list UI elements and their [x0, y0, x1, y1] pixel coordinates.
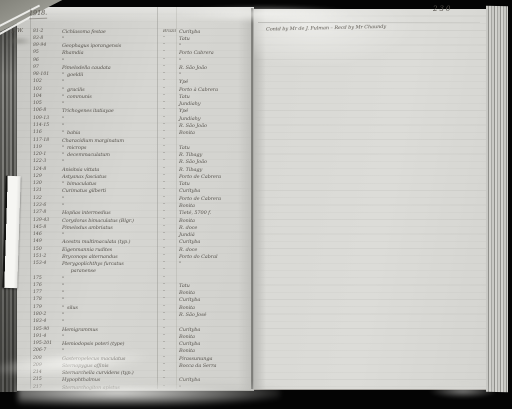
country-ditto: " — [163, 225, 177, 230]
register-number: 191-4 — [33, 334, 61, 339]
locality: R. Tibagy — [179, 167, 253, 173]
register-row: 139-43Corydoras bimaculatus (Blgr.)"Boni… — [16, 218, 254, 225]
species-name: " gracilis — [62, 87, 162, 93]
locality: Bonita — [179, 334, 253, 340]
locality: Tatu — [179, 283, 253, 289]
register-number: 106-8 — [33, 108, 61, 113]
country-ditto: " — [163, 305, 177, 310]
register-row: 146""Jundiá — [16, 232, 254, 239]
country-ditto: " — [163, 123, 177, 128]
country-ditto: " — [163, 239, 177, 244]
country-ditto: " — [163, 348, 177, 353]
country-ditto: " — [163, 116, 177, 121]
country-ditto: " — [163, 174, 177, 179]
register-number: 175 — [33, 276, 61, 281]
register-number: 178 — [33, 297, 61, 302]
register-row: 191-4""Bonita — [16, 334, 254, 341]
country-ditto: " — [163, 65, 177, 70]
species-name: " — [62, 36, 162, 42]
register-row: 120-1" decemmaculatum"R. Tibagy — [16, 152, 254, 159]
register-row: 151-2Bryconops alternandus"Porto do Cabr… — [16, 254, 254, 261]
register-number: 131 — [33, 188, 61, 193]
species-name: " — [62, 297, 162, 303]
page-edge-stack — [486, 6, 508, 392]
register-number: 98-101 — [33, 72, 61, 77]
register-row: 104" communis"Tatu — [16, 94, 254, 101]
species-name: " — [62, 58, 162, 64]
register-row: 176""Tatu — [16, 283, 254, 290]
locality: R. Tibagy — [179, 152, 253, 158]
country-ditto: " — [163, 370, 177, 375]
locality: Ypé — [179, 79, 253, 85]
species-name: " — [62, 123, 162, 129]
country-ditto: " — [163, 356, 177, 361]
register-number: 95 — [33, 50, 61, 55]
register-number: 139-43 — [33, 218, 61, 223]
register-number: 114-15 — [33, 123, 61, 128]
species-name: " silus — [62, 305, 162, 311]
species-name: Pimelodella caudata — [62, 65, 162, 71]
register-rows: 81-2Cichlasoma festaeBrazilCurityba83-8"… — [16, 7, 254, 390]
register-number: 89-94 — [33, 43, 61, 48]
species-name: Astyanax fasciatus — [62, 174, 162, 180]
register-number: 180-2 — [33, 312, 61, 317]
country-ditto: " — [163, 58, 177, 63]
register-number: 179 — [33, 305, 61, 310]
register-row: 150Eigenmannia rudites"R. doce — [16, 247, 254, 254]
country-ditto: " — [163, 138, 177, 143]
register-row: 180-2""R. São José — [16, 312, 254, 319]
register-number: 120-1 — [33, 152, 61, 157]
locality: Tatu — [179, 145, 253, 151]
locality: Curityba — [179, 239, 253, 245]
register-row: 130" bimaculatus"Tatu — [16, 181, 254, 188]
country-ditto: " — [163, 319, 177, 324]
register-row: 133-6""Bonita — [16, 203, 254, 210]
species-name: " — [62, 196, 162, 202]
locality: Curityba — [179, 29, 253, 35]
register-row: 97Pimelodella caudata"R. São João — [16, 65, 254, 72]
country-ditto: " — [163, 247, 177, 252]
register-number: 103 — [33, 87, 61, 92]
species-name: " — [62, 232, 162, 238]
glare-highlight — [180, 6, 350, 22]
species-name: Characidium marginatum — [62, 138, 162, 144]
register-row: 83-8""Tatu — [16, 36, 254, 43]
species-name: Cichlasoma festae — [62, 29, 162, 35]
locality: Tatu — [179, 181, 253, 187]
country-ditto: " — [163, 290, 177, 295]
locality: Pirassununga — [179, 356, 253, 362]
country-ditto: " — [163, 188, 177, 193]
locality: Porto Cabrera — [179, 50, 253, 56]
register-number: 145-8 — [33, 225, 61, 230]
country-ditto: " — [163, 196, 177, 201]
locality: R. doce — [179, 225, 253, 231]
species-name: " — [62, 203, 162, 209]
register-number: 133-6 — [33, 203, 61, 208]
species-name: " — [62, 290, 162, 296]
locality: Curityba — [179, 188, 253, 194]
locality: Tatu — [179, 94, 253, 100]
locality: Bonita — [179, 218, 253, 224]
locality: " — [179, 261, 253, 267]
register-row: 185-90Hemigrammus"Curityba — [16, 327, 254, 334]
species-name: Hoplias intermedius — [62, 210, 162, 216]
register-row: 95Rhamdia"Porto Cabrera — [16, 50, 254, 57]
country-ditto: " — [163, 101, 177, 106]
register-number: 130 — [33, 181, 61, 186]
locality: Ypé — [179, 108, 253, 114]
register-row: 124-8Anisitsia vittata"R. Tibagy — [16, 167, 254, 174]
country-ditto: " — [163, 218, 177, 223]
register-number: 119 — [33, 145, 61, 150]
country-ditto: " — [163, 268, 177, 273]
species-name: Trichogenes itatiayae — [62, 108, 162, 114]
register-row: 106-8Trichogenes itatiayae"Ypé — [16, 108, 254, 115]
species-name: " — [62, 319, 162, 325]
country-ditto: " — [163, 130, 177, 135]
register-number: 153-4 — [33, 261, 61, 266]
register-number: 116 — [33, 130, 61, 135]
register-number: 183-4 — [33, 319, 61, 324]
country-ditto: Brazil — [163, 29, 177, 34]
blurred-page-bottom — [18, 382, 280, 406]
locality: Bonita — [179, 305, 253, 311]
country-ditto: " — [163, 43, 177, 48]
register-number: 102 — [33, 79, 61, 84]
locality: Porto de Cabrera — [179, 196, 253, 202]
right-page — [254, 9, 487, 390]
register-row: 81-2Cichlasoma festaeBrazilCurityba — [16, 29, 254, 36]
register-number: 122-3 — [33, 159, 61, 164]
register-row: 116" bahia"Bonita — [16, 130, 254, 137]
locality: " — [179, 72, 253, 78]
register-number: 132 — [33, 196, 61, 201]
locality: Curityba — [179, 297, 253, 303]
locality: Porto de Cabrera — [179, 174, 253, 180]
species-name: Geophagus iporangensis — [62, 43, 162, 49]
locality: Porto à Cabrera — [179, 87, 253, 93]
country-ditto: " — [163, 261, 177, 266]
locality: Jundiahy — [179, 101, 253, 107]
country-ditto: " — [163, 79, 177, 84]
locality: Bonita — [179, 290, 253, 296]
country-ditto: " — [163, 152, 177, 157]
locality: R. São João — [179, 123, 253, 129]
register-row: 149Acestra multimaculata (typ.)"Curityba — [16, 239, 254, 246]
register-row: 102""Ypé — [16, 79, 254, 86]
ledger-photo: 1918. 230 Contd by Mr de J. Fulman – Rec… — [0, 0, 512, 409]
species-name: " — [62, 283, 162, 289]
country-ditto: " — [163, 94, 177, 99]
register-row: 177""Bonita — [16, 290, 254, 297]
locality: Tieté, 5700 f. — [179, 210, 253, 216]
species-name: " — [62, 116, 162, 122]
register-row: 132""Porto de Cabrera — [16, 196, 254, 203]
country-ditto: " — [163, 210, 177, 215]
register-row: 103" gracilis"Porto à Cabrera — [16, 87, 254, 94]
country-ditto: " — [163, 145, 177, 150]
register-number: 185-90 — [33, 327, 61, 332]
species-name: " microps — [62, 145, 162, 151]
locality: Jundiahy — [179, 116, 253, 122]
locality: R. São João — [179, 65, 253, 71]
species-name: " decemmaculatum — [62, 152, 162, 158]
species-name: " — [62, 276, 162, 282]
register-number: 129 — [33, 174, 61, 179]
species-name: " — [62, 101, 162, 107]
register-number: 151-2 — [33, 254, 61, 259]
country-ditto: " — [163, 181, 177, 186]
locality: " — [179, 58, 253, 64]
country-ditto: " — [163, 283, 177, 288]
register-number: 176 — [33, 283, 61, 288]
locality: R. São João — [179, 159, 253, 165]
register-number: 97 — [33, 65, 61, 70]
register-row: 183-4"" — [16, 319, 254, 326]
country-ditto: " — [163, 276, 177, 281]
register-row: 105""Jundiahy — [16, 101, 254, 108]
species-name: Hemigrammus — [62, 327, 162, 333]
species-name: Acestra multimaculata (typ.) — [62, 239, 162, 245]
country-ditto: " — [163, 108, 177, 113]
register-row: 179" silus"Bonita — [16, 305, 254, 312]
country-ditto: " — [163, 203, 177, 208]
country-ditto: " — [163, 334, 177, 339]
species-name: " — [62, 159, 162, 165]
register-number: 177 — [33, 290, 61, 295]
locality: Curityba — [179, 327, 253, 333]
locality: Bonita — [179, 203, 253, 209]
species-name: Bryconops alternandus — [62, 254, 162, 260]
locality: Porto do Cabral — [179, 254, 253, 260]
register-number: 81-2 — [33, 29, 61, 34]
register-number: 146 — [33, 232, 61, 237]
register-number: 124-8 — [33, 167, 61, 172]
register-row: 145-8Pimelodus ambriatus"R. doce — [16, 225, 254, 232]
register-number: 149 — [33, 239, 61, 244]
register-row: 131Curimatus gilberti"Curityba — [16, 188, 254, 195]
species-name: paranense — [62, 268, 162, 274]
register-row: 98-101" goeldii"" — [16, 72, 254, 79]
country-ditto: " — [163, 36, 177, 41]
register-row: 117-18Characidium marginatum" — [16, 138, 254, 145]
species-name: Pterygoplichthys furcatus — [62, 261, 162, 267]
register-number: 150 — [33, 247, 61, 252]
register-row: 153-4Pterygoplichthys furcatus"" — [16, 261, 254, 268]
species-name: " — [62, 79, 162, 85]
locality: Bonita — [179, 348, 253, 354]
locality: R. São José — [179, 312, 253, 318]
register-row: 122-3""R. São João — [16, 159, 254, 166]
species-name: Eigenmannia rudites — [62, 247, 162, 253]
species-name: " goeldii — [62, 72, 162, 78]
country-ditto: " — [163, 50, 177, 55]
register-row: 89-94Geophagus iporangensis"" — [16, 43, 254, 50]
register-number: 83-8 — [33, 36, 61, 41]
register-row: 137-8Hoplias intermedius"Tieté, 5700 f. — [16, 210, 254, 217]
register-number: 137-8 — [33, 210, 61, 215]
country-ditto: " — [163, 167, 177, 172]
species-name: " — [62, 312, 162, 318]
country-ditto: " — [163, 341, 177, 346]
country-ditto: " — [163, 312, 177, 317]
species-name: Anisitsia vittata — [62, 167, 162, 173]
locality: Jundiá — [179, 232, 253, 238]
country-ditto: " — [163, 297, 177, 302]
register-number: 109-13 — [33, 116, 61, 121]
register-row: 178""Curityba — [16, 297, 254, 304]
country-ditto: " — [163, 327, 177, 332]
register-row: paranense" — [16, 268, 254, 275]
locality: Tatu — [179, 36, 253, 42]
locality: Bocca da Serra — [179, 363, 253, 369]
locality: Bonita — [179, 130, 253, 136]
country-ditto: " — [163, 232, 177, 237]
country-ditto: " — [163, 254, 177, 259]
register-number: 195-201 — [33, 341, 61, 346]
register-number: 104 — [33, 94, 61, 99]
page-number: 230 — [433, 5, 452, 13]
register-number: 96 — [33, 58, 61, 63]
register-row: 96""" — [16, 58, 254, 65]
species-name: Pimelodus ambriatus — [62, 225, 162, 231]
country-ditto: " — [163, 72, 177, 77]
species-name: " bahia — [62, 130, 162, 136]
country-ditto: " — [163, 159, 177, 164]
register-row: 119" microps"Tatu — [16, 145, 254, 152]
locality: R. doce — [179, 247, 253, 253]
locality: Curityba — [179, 341, 253, 347]
register-row: 114-15""R. São João — [16, 123, 254, 130]
register-row: 129Astyanax fasciatus"Porto de Cabrera — [16, 174, 254, 181]
species-name: Rhamdia — [62, 50, 162, 56]
species-name: Corydoras bimaculatus (Blgr.) — [62, 218, 162, 224]
species-name: " — [62, 334, 162, 340]
register-number: 117-18 — [33, 138, 61, 143]
locality: " — [179, 43, 253, 49]
species-name: " communis — [62, 94, 162, 100]
species-name: Curimatus gilberti — [62, 188, 162, 194]
species-name: " bimaculatus — [62, 181, 162, 187]
register-row: 175"" — [16, 276, 254, 283]
country-ditto: " — [163, 363, 177, 368]
country-ditto: " — [163, 87, 177, 92]
register-number: 105 — [33, 101, 61, 106]
blurred-page-bottom — [428, 384, 498, 398]
register-row: 109-13""Jundiahy — [16, 116, 254, 123]
